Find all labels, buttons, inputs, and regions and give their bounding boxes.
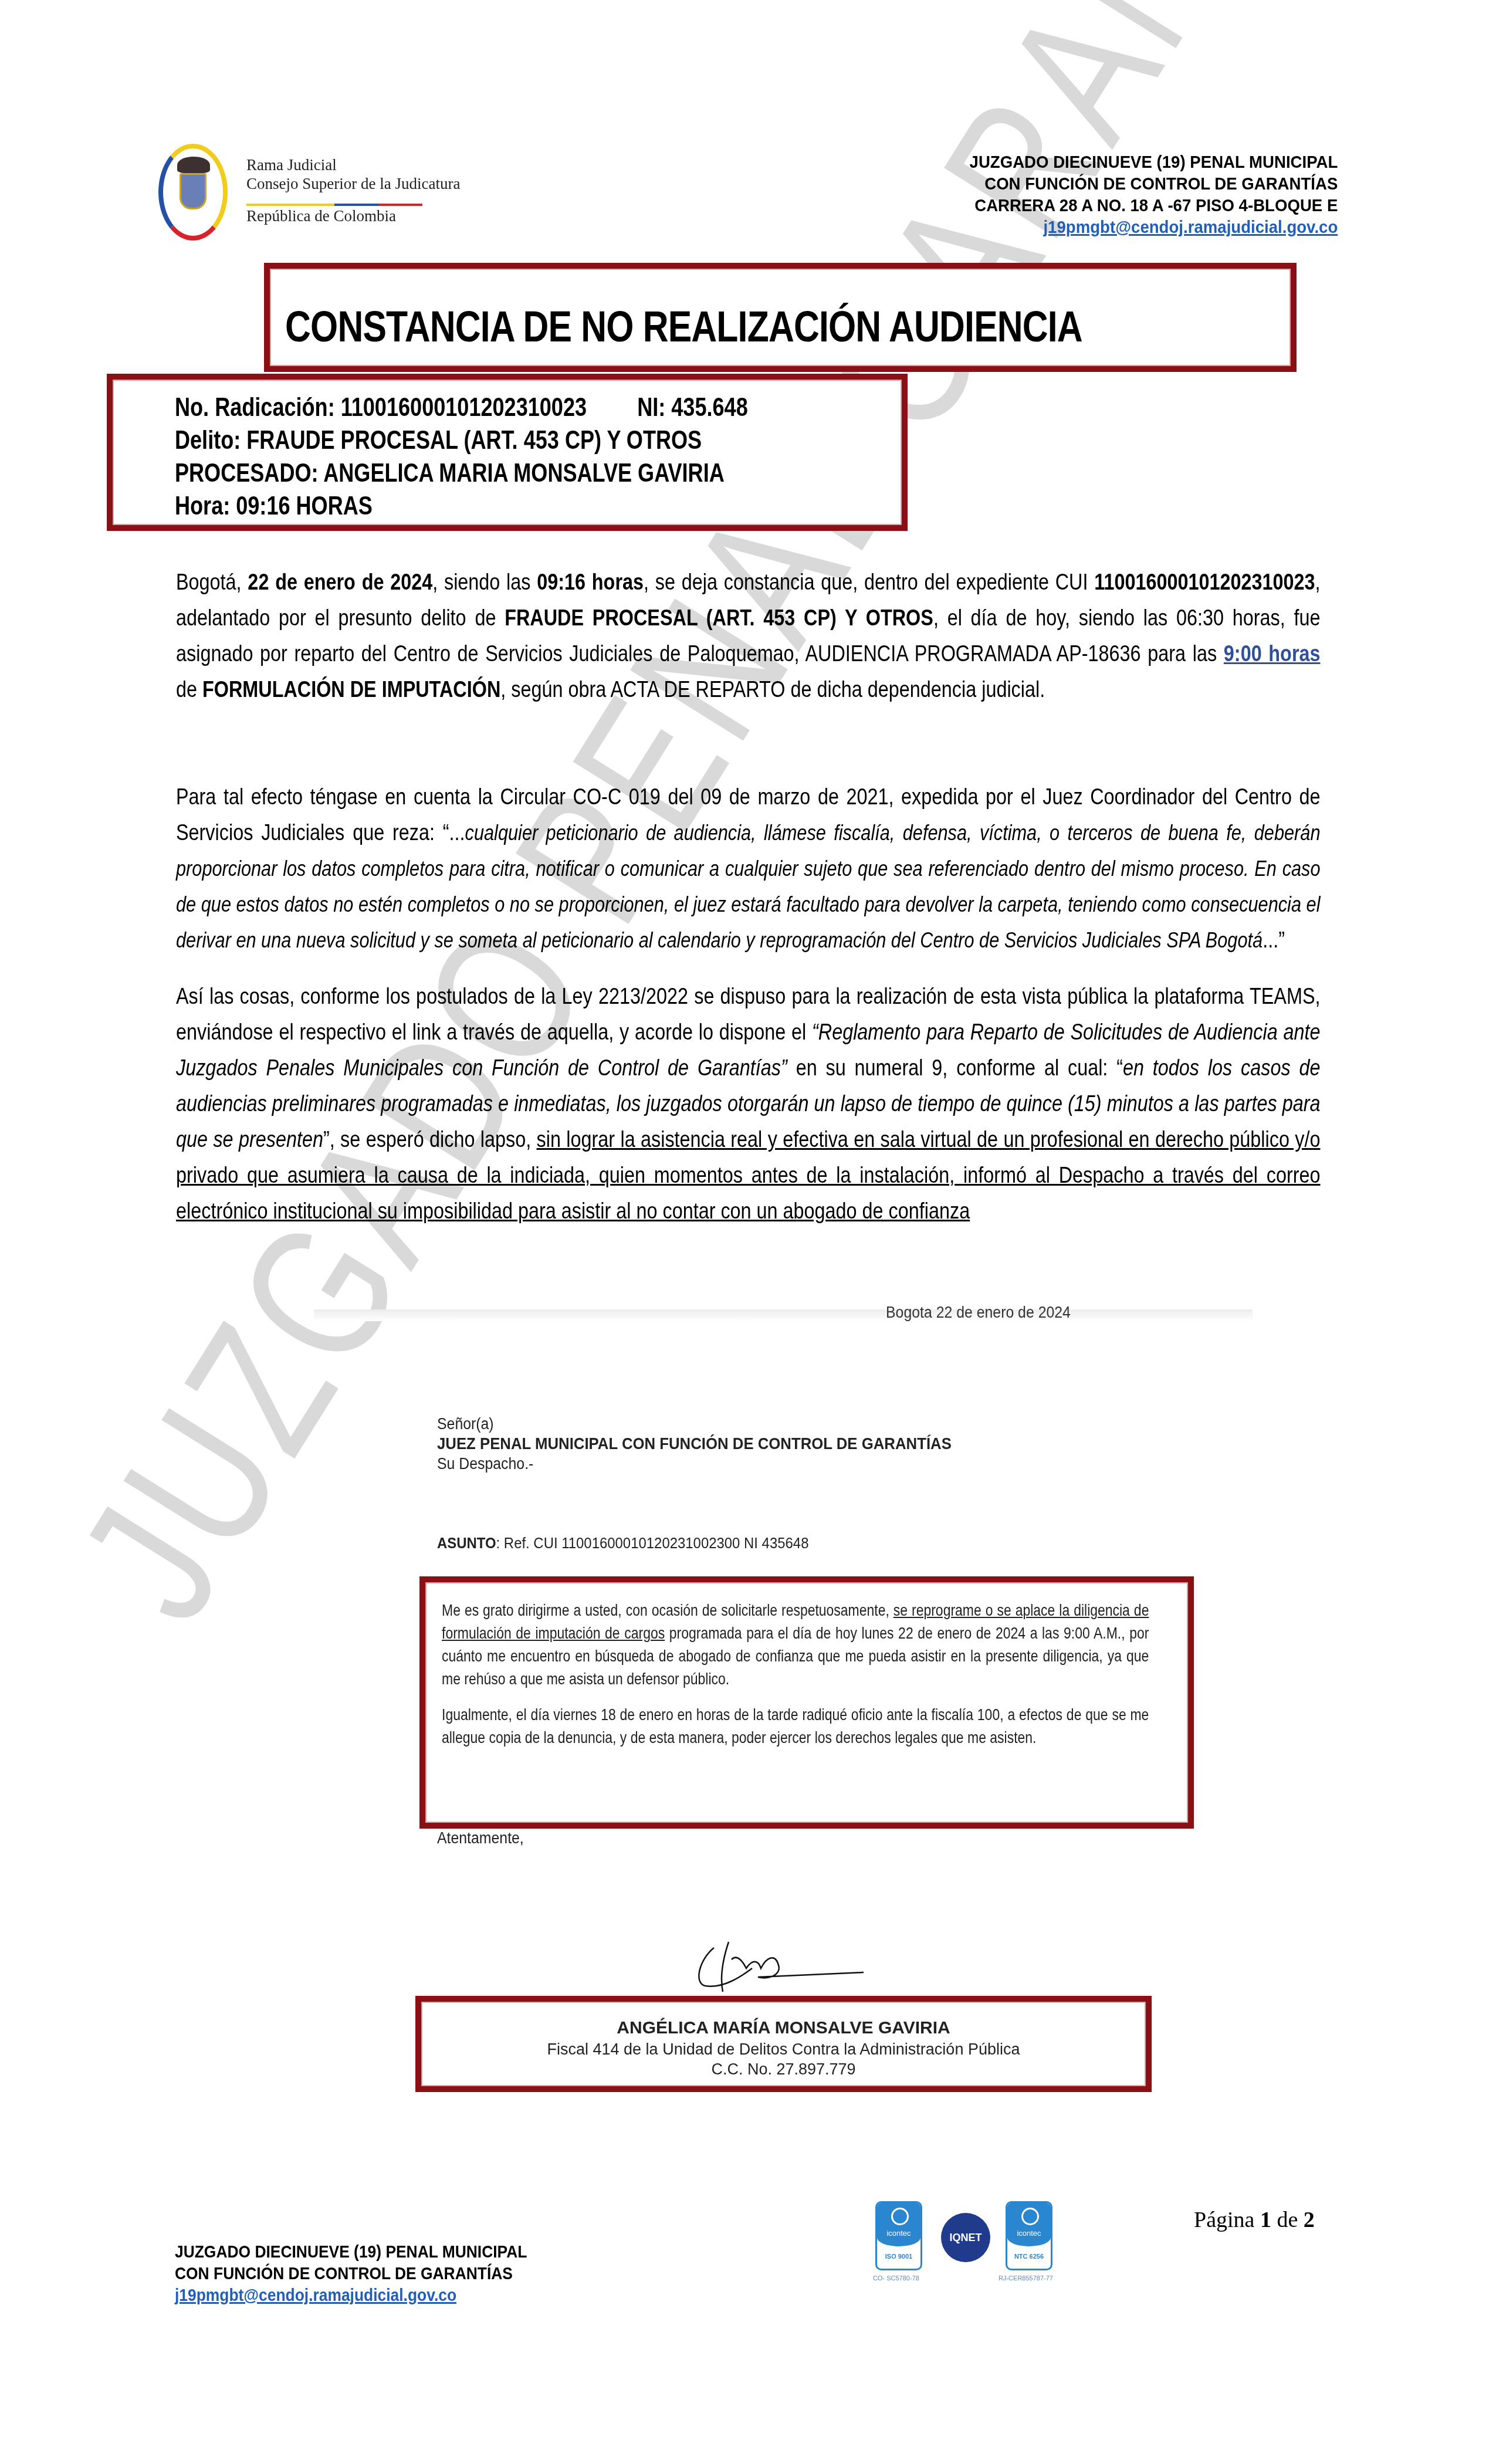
court-function: CON FUNCIÓN DE CONTROL DE GARANTÍAS — [969, 173, 1338, 195]
scheduled-time: 9:00 horas — [1224, 641, 1321, 666]
letter-closing: Atentamente, — [437, 1829, 524, 1847]
colombia-coat-of-arms-icon — [158, 144, 228, 241]
iqnet-badge-icon: IQNET — [941, 2213, 990, 2262]
iso-cert-code: CO- SC5780-78 — [873, 2275, 919, 2282]
salutation: Señor(a) — [437, 1414, 952, 1434]
court-header: JUZGADO DIECINUEVE (19) PENAL MUNICIPAL … — [969, 151, 1338, 238]
letter-top-edge — [314, 1309, 1253, 1321]
ntc-cert-code: RJ-CER855787-77 — [999, 2275, 1053, 2282]
signer-id: C.C. No. 27.897.779 — [421, 2060, 1146, 2079]
icontec-ntc-badge-icon: icontec NTC 6256 — [1006, 2201, 1052, 2270]
logo-line-1: Rama Judicial — [246, 155, 460, 174]
date-bold: 22 de enero de 2024 — [248, 570, 432, 595]
icontec-iso-badge-icon: icontec ISO 9001 — [875, 2201, 922, 2270]
signer-name: ANGÉLICA MARÍA MONSALVE GAVIRIA — [421, 2018, 1146, 2038]
shield-icon — [180, 173, 207, 209]
court-name: JUZGADO DIECINUEVE (19) PENAL MUNICIPAL — [969, 151, 1338, 173]
letter-subject: ASUNTO: Ref. CUI 11001600010120231002300… — [437, 1534, 808, 1552]
delito-bold: FRAUDE PROCESAL (ART. 453 CP) Y OTROS — [505, 605, 933, 631]
title-box: CONSTANCIA DE NO REALIZACIÓN AUDIENCIA — [264, 263, 1297, 372]
radicacion: No. Radicación: 110016000101202310023 — [175, 393, 587, 422]
delito: Delito: FRAUDE PROCESAL (ART. 453 CP) Y … — [175, 424, 748, 457]
logo-line-3: República de Colombia — [246, 207, 396, 225]
court-email-link[interactable]: j19pmgbt@cendoj.ramajudicial.gov.co — [1043, 218, 1338, 237]
letter-paragraph-2: Igualmente, el día viernes 18 de enero e… — [442, 1703, 1149, 1749]
case-info-box: No. Radicación: 110016000101202310023NI:… — [107, 374, 908, 531]
paragraph-constancia: Bogotá, 22 de enero de 2024, siendo las … — [176, 564, 1320, 708]
ni-number: NI: 435.648 — [637, 391, 748, 424]
footer-court-function: CON FUNCIÓN DE CONTROL DE GARANTÍAS — [175, 2263, 527, 2284]
letter-paragraph-1: Me es grato dirigirme a usted, con ocasi… — [442, 1599, 1149, 1690]
paragraph-asistencia: Así las cosas, conforme los postulados d… — [176, 979, 1320, 1229]
rama-judicial-logo: Rama Judicial Consejo Superior de la Jud… — [158, 138, 487, 243]
signature-icon — [688, 1936, 875, 1995]
paragraph-circular: Para tal efecto téngase en cuenta la Cir… — [176, 779, 1320, 958]
diligence-bold: FORMULACIÓN DE IMPUTACIÓN — [202, 677, 500, 702]
page-title: CONSTANCIA DE NO REALIZACIÓN AUDIENCIA — [285, 302, 1082, 351]
letter-body-box: Me es grato dirigirme a usted, con ocasi… — [419, 1576, 1194, 1829]
letter-address: Señor(a) JUEZ PENAL MUNICIPAL CON FUNCIÓ… — [437, 1414, 952, 1474]
despacho: Su Despacho.- — [437, 1454, 952, 1474]
page-number: Página 1 de 2 — [1194, 2207, 1315, 2233]
signer-role: Fiscal 414 de la Unidad de Delitos Contr… — [421, 2040, 1146, 2059]
logo-line-2: Consejo Superior de la Judicatura — [246, 174, 460, 193]
cui-bold: 110016000101202310023 — [1094, 570, 1315, 595]
time-bold: 09:16 horas — [537, 570, 644, 595]
logo-text: Rama Judicial Consejo Superior de la Jud… — [246, 155, 460, 193]
footer-email-link[interactable]: j19pmgbt@cendoj.ramajudicial.gov.co — [175, 2286, 456, 2305]
procesado: PROCESADO: ANGELICA MARIA MONSALVE GAVIR… — [175, 457, 748, 490]
flag-divider — [246, 204, 422, 206]
letter-date: Bogota 22 de enero de 2024 — [886, 1304, 1071, 1322]
condor-icon — [177, 157, 210, 173]
footer-court: JUZGADO DIECINUEVE (19) PENAL MUNICIPAL … — [175, 2241, 527, 2306]
footer-court-name: JUZGADO DIECINUEVE (19) PENAL MUNICIPAL — [175, 2241, 527, 2263]
hora: Hora: 09:16 HORAS — [175, 490, 748, 523]
recipient: JUEZ PENAL MUNICIPAL CON FUNCIÓN DE CONT… — [437, 1434, 952, 1453]
signer-box: ANGÉLICA MARÍA MONSALVE GAVIRIA Fiscal 4… — [415, 1996, 1152, 2092]
radicacion-line: No. Radicación: 110016000101202310023NI:… — [175, 391, 748, 424]
court-address: CARRERA 28 A NO. 18 A -67 PISO 4-BLOQUE … — [969, 195, 1338, 216]
